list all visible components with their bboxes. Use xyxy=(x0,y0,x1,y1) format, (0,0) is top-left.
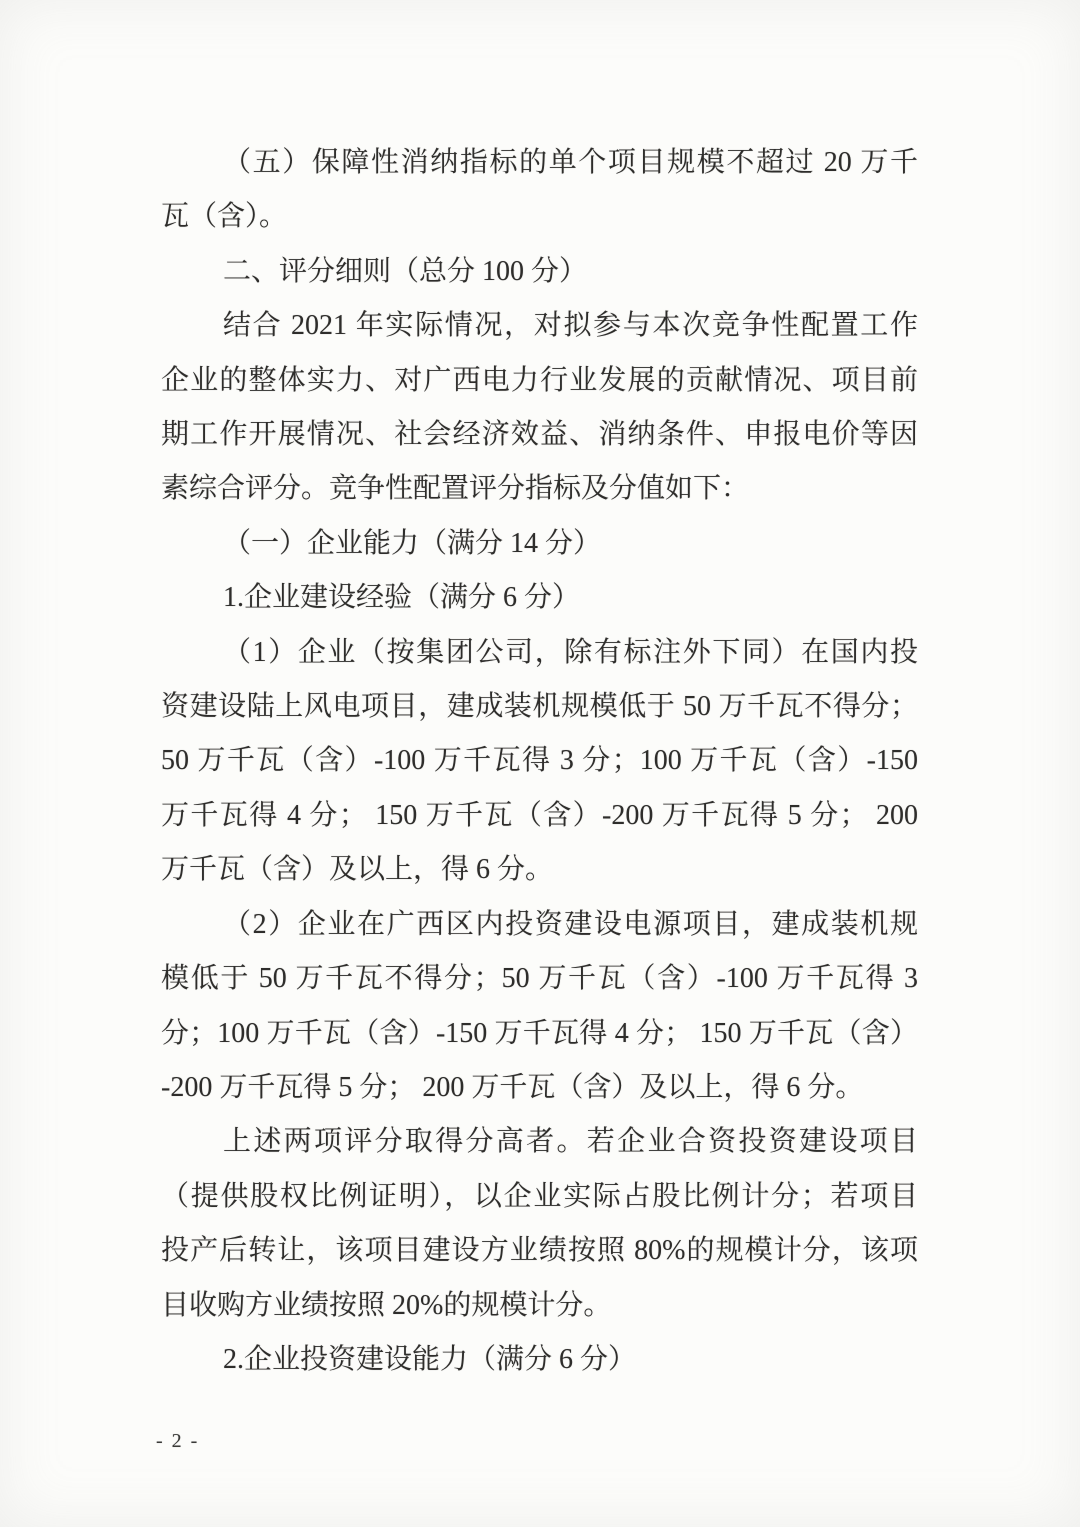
document-line: （五）保障性消纳指标的单个项目规模不超过 20 万千 xyxy=(161,136,918,190)
page-number: - 2 - xyxy=(156,1430,199,1453)
document-line: 万千瓦得 4 分； 150 万千瓦（含）-200 万千瓦得 5 分； 200 xyxy=(161,789,918,843)
document-line: 瓦（含）。 xyxy=(161,190,918,244)
document-line: （提供股权比例证明），以企业实际占股比例计分；若项目 xyxy=(161,1170,918,1224)
document-line: 企业的整体实力、对广西电力行业发展的贡献情况、项目前 xyxy=(161,354,918,408)
document-line: 二、评分细则（总分 100 分） xyxy=(161,245,918,299)
document-line: -200 万千瓦得 5 分； 200 万千瓦（含）及以上，得 6 分。 xyxy=(161,1061,918,1115)
document-line: 万千瓦（含）及以上，得 6 分。 xyxy=(161,843,918,897)
document-line: （一）企业能力（满分 14 分） xyxy=(161,517,918,571)
document-line: 模低于 50 万千瓦不得分；50 万千瓦（含）-100 万千瓦得 3 xyxy=(161,952,918,1006)
document-line: 资建设陆上风电项目，建成装机规模低于 50 万千瓦不得分； xyxy=(161,680,918,734)
document-line: 期工作开展情况、社会经济效益、消纳条件、申报电价等因 xyxy=(161,408,918,462)
document-line: 1.企业建设经验（满分 6 分） xyxy=(161,571,918,625)
document-line: 50 万千瓦（含）-100 万千瓦得 3 分；100 万千瓦（含）-150 xyxy=(161,734,918,788)
document-line: 投产后转让，该项目建设方业绩按照 80%的规模计分，该项 xyxy=(161,1224,918,1278)
document-line: 结合 2021 年实际情况，对拟参与本次竞争性配置工作 xyxy=(161,299,918,353)
document-line: （1）企业（按集团公司，除有标注外下同）在国内投 xyxy=(161,626,918,680)
document-line: 素综合评分。竞争性配置评分指标及分值如下： xyxy=(161,462,918,516)
document-page: （五）保障性消纳指标的单个项目规模不超过 20 万千瓦（含）。二、评分细则（总分… xyxy=(0,0,1080,1527)
document-line: （2）企业在广西区内投资建设电源项目，建成装机规 xyxy=(161,898,918,952)
document-line: 目收购方业绩按照 20%的规模计分。 xyxy=(161,1279,918,1333)
document-line: 分；100 万千瓦（含）-150 万千瓦得 4 分； 150 万千瓦（含） xyxy=(161,1007,918,1061)
document-body: （五）保障性消纳指标的单个项目规模不超过 20 万千瓦（含）。二、评分细则（总分… xyxy=(161,136,918,1387)
document-line: 上述两项评分取得分高者。若企业合资投资建设项目 xyxy=(161,1115,918,1169)
document-line: 2.企业投资建设能力（满分 6 分） xyxy=(161,1333,918,1387)
